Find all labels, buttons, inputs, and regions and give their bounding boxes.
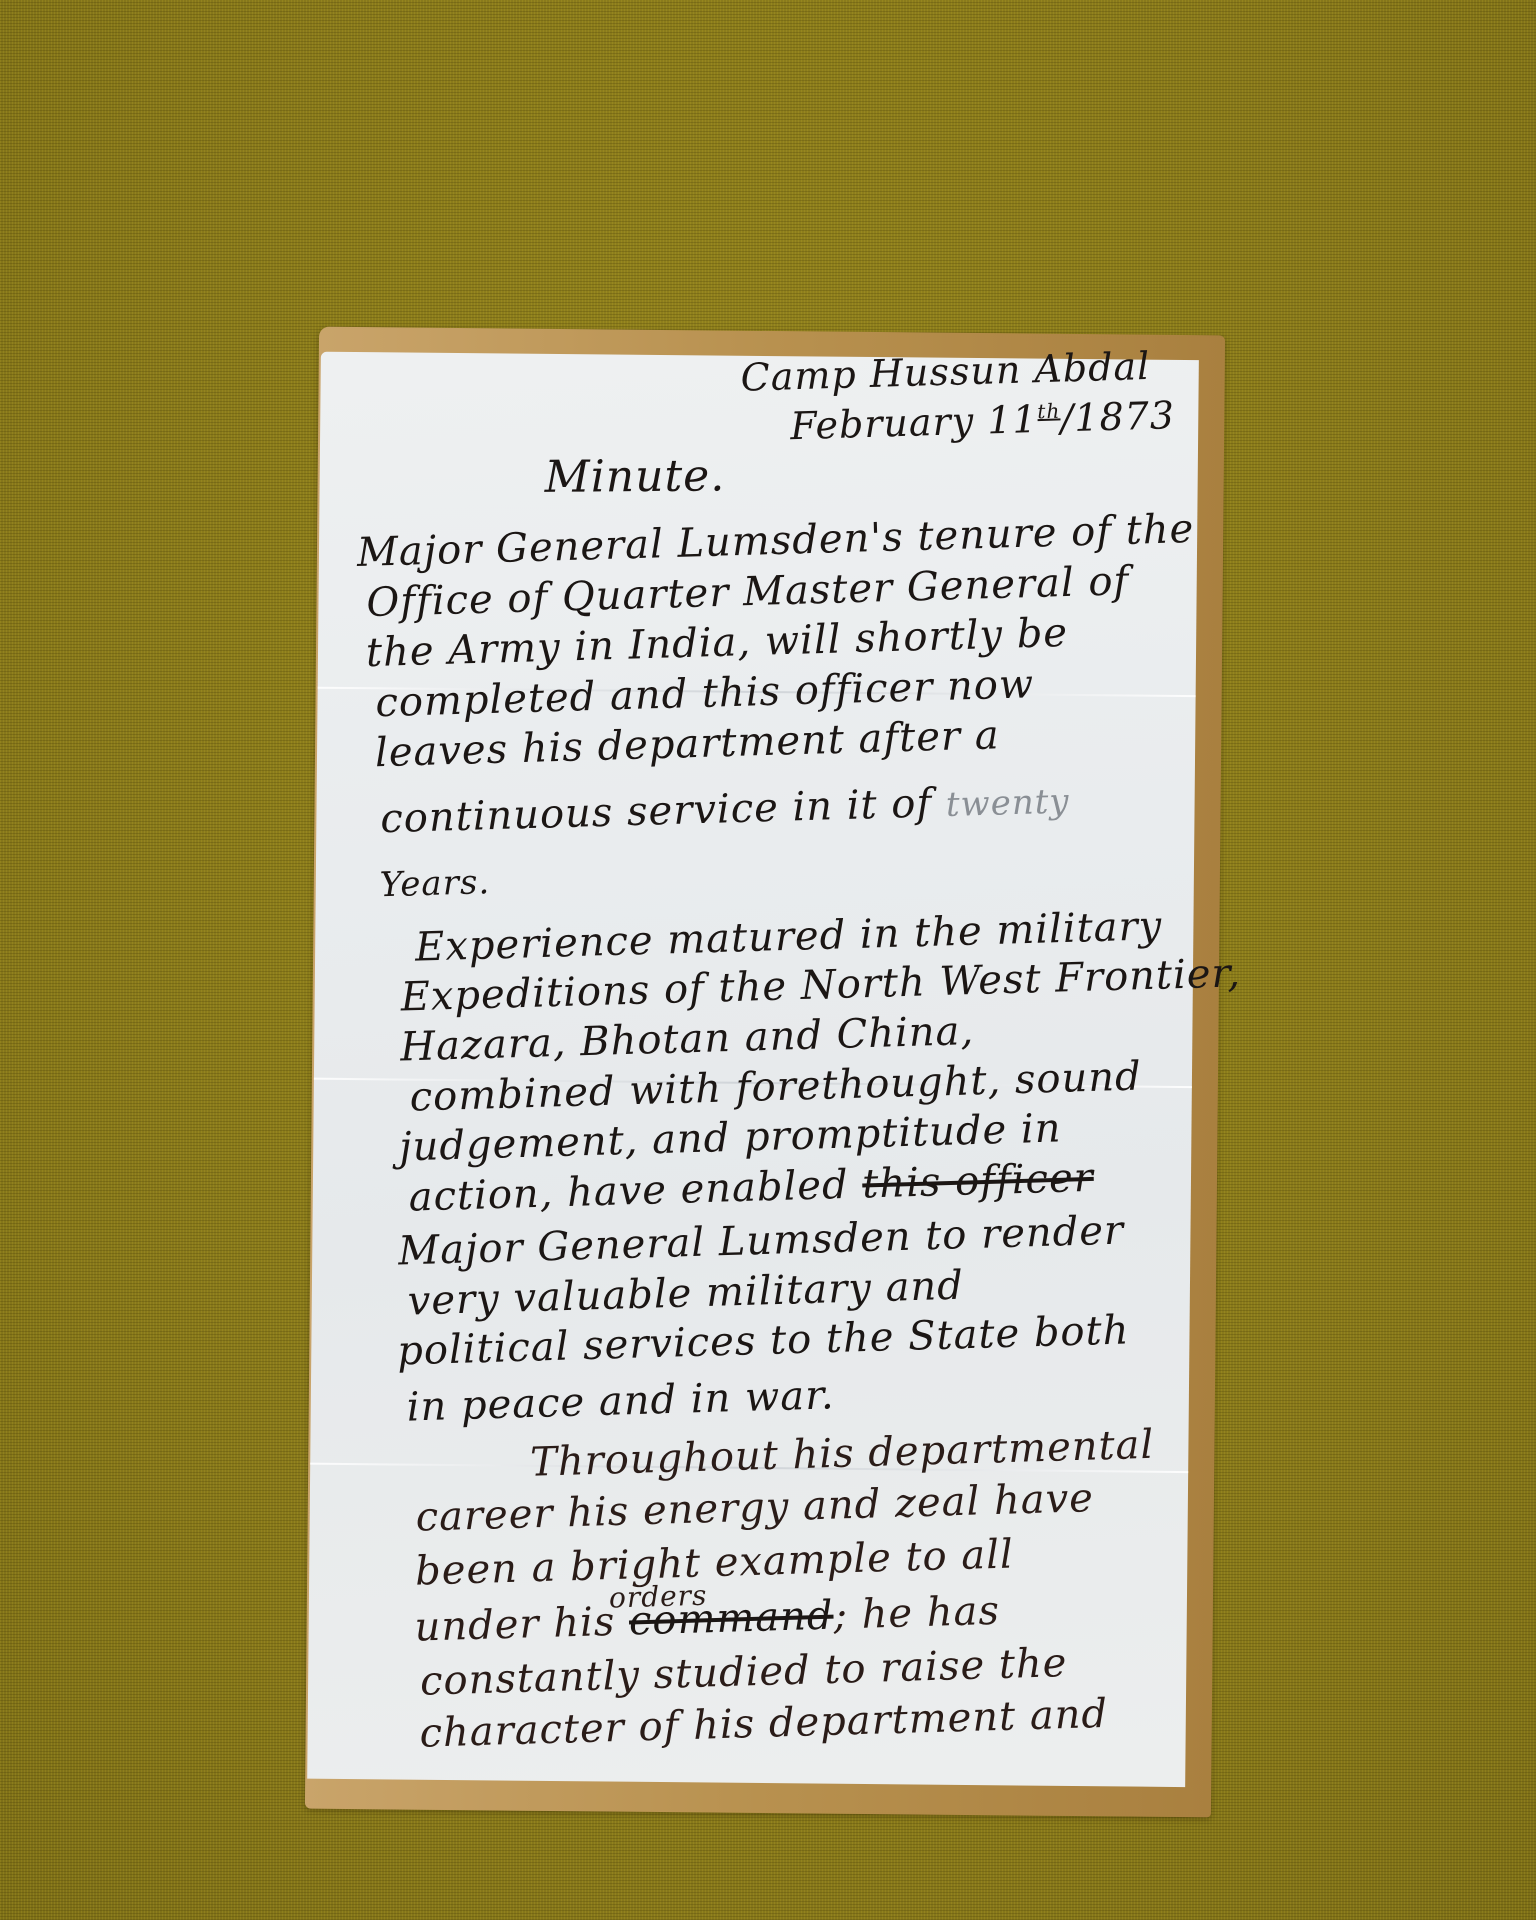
struck-text: this officer — [862, 1155, 1095, 1208]
text-line: been a bright example to all — [415, 1531, 1015, 1594]
text-line-segment: continuous service in it of — [380, 780, 933, 842]
text-line-segment: under his — [414, 1599, 616, 1651]
date-ordinal: th — [1037, 399, 1061, 424]
header-date: February 11th/1873 — [790, 393, 1176, 448]
date-year: /1873 — [1060, 393, 1176, 440]
document-title: Minute. — [544, 450, 725, 502]
pencil-insert: twenty — [945, 781, 1070, 825]
date-day: February 11 — [790, 397, 1039, 448]
paper-sheet: Camp Hussun Abdal February 11th/1873 Min… — [307, 352, 1199, 1787]
text-line: Years. — [379, 862, 490, 905]
header-place: Camp Hussun Abdal — [740, 344, 1151, 400]
text-line-segment: action, have enabled — [408, 1162, 849, 1221]
text-line: career his energy and zeal have — [415, 1475, 1094, 1541]
text-line-segment: ; he has — [833, 1588, 1001, 1639]
struck-text: command — [628, 1593, 834, 1645]
text-line: in peace and in war. — [406, 1372, 835, 1430]
manuscript-paper: Camp Hussun Abdal February 11th/1873 Min… — [305, 327, 1225, 1818]
text-line: under his command; he has — [414, 1588, 1001, 1651]
text-line: continuous service in it of twenty — [380, 776, 1070, 842]
